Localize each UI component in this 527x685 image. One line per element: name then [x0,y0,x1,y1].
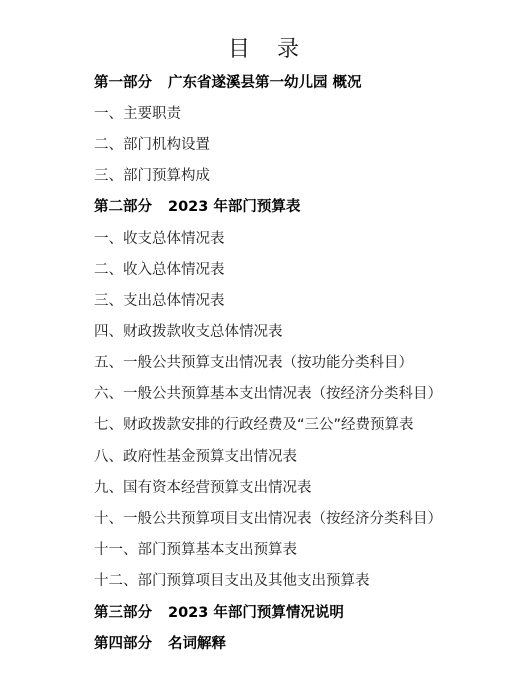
toc-item[interactable]: 六、一般公共预算基本支出情况表（按经济分类科目） [94,384,442,404]
toc-part-4[interactable]: 第四部分名词解释 [94,634,226,654]
part-number: 第一部分 [94,75,152,91]
toc-item[interactable]: 四、财政拨款收支总体情况表 [94,322,283,342]
toc-part-3[interactable]: 第三部分2023 年部门预算情况说明 [94,603,344,623]
part-title: 广东省遂溪县第一幼儿园 概况 [168,75,362,91]
page-title: 目 录 [0,35,527,65]
part-number: 第四部分 [94,636,152,652]
part-number: 第三部分 [94,605,152,621]
part-title: 2023 年部门预算表 [168,199,300,215]
toc-item[interactable]: 二、收入总体情况表 [94,260,225,280]
part-number: 第二部分 [94,199,152,215]
toc-item[interactable]: 三、支出总体情况表 [94,291,225,311]
toc-item[interactable]: 一、主要职责 [94,104,181,124]
toc-item[interactable]: 二、部门机构设置 [94,135,210,155]
part-title: 2023 年部门预算情况说明 [168,605,344,621]
toc-item[interactable]: 十、一般公共预算项目支出情况表（按经济分类科目） [94,509,442,529]
toc-item[interactable]: 五、一般公共预算支出情况表（按功能分类科目） [94,353,413,373]
toc-part-1[interactable]: 第一部分广东省遂溪县第一幼儿园 概况 [94,73,362,93]
part-title: 名词解释 [168,636,226,652]
toc-item[interactable]: 十二、部门预算项目支出及其他支出预算表 [94,571,370,591]
document-page: 目 录 第一部分广东省遂溪县第一幼儿园 概况 一、主要职责 二、部门机构设置 三… [0,0,527,685]
toc-item[interactable]: 三、部门预算构成 [94,166,210,186]
toc-item[interactable]: 八、政府性基金预算支出情况表 [94,447,297,467]
toc-item[interactable]: 九、国有资本经营预算支出情况表 [94,478,312,498]
toc-item[interactable]: 七、财政拨款安排的行政经费及“三公”经费预算表 [94,415,414,435]
toc-part-2[interactable]: 第二部分2023 年部门预算表 [94,197,300,217]
toc-item[interactable]: 一、收支总体情况表 [94,229,225,249]
toc-item[interactable]: 十一、部门预算基本支出预算表 [94,540,297,560]
